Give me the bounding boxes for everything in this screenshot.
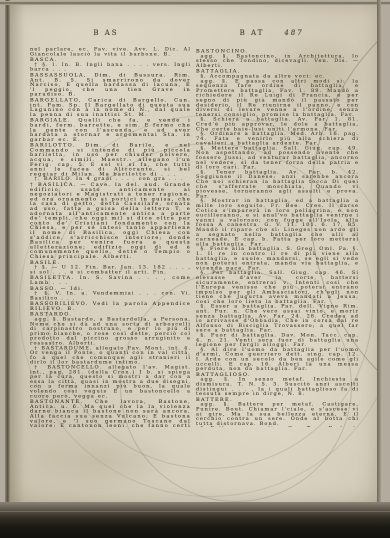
scan-seam-top	[0, 1, 390, 5]
text-paragraph: §. Ordinare a battaglia. Med. Arb. 16. p…	[196, 132, 359, 146]
paper-stain	[27, 430, 177, 492]
dictionary-entry: BARGELLATO, Carica di Bargello. Can. int…	[30, 98, 191, 117]
running-head: B AS B AT 487	[9, 29, 377, 41]
text-paragraph: agg. §. In senso metaf. Inchiesta a dism…	[196, 377, 359, 396]
dictionary-entry: BASSASSUOLA, Dim. di Bassura. Rim. Ant. …	[30, 73, 191, 97]
running-head-left: B AS	[71, 29, 141, 37]
text-paragraph: † BASTONCELLO. allegato l'av. Magist. in…	[30, 365, 191, 399]
text-paragraph: † §. I. In. B. Ingli bana . . . . vers. …	[30, 62, 191, 72]
text-paragraph: §. Tener battaglia. Av. Far. b. 42. Sogg…	[196, 170, 359, 199]
text-paragraph: agg. §. E passa con altri modi sì: la se…	[196, 79, 359, 117]
dictionary-entry: † BASILICA. — Cave. la del. aud. Grande …	[30, 183, 191, 260]
book-bottom-edge	[0, 502, 390, 538]
scan-seam-right	[377, 0, 381, 512]
text-paragraph: §. Mostrar in battaglia, ed a battaglia …	[196, 199, 359, 247]
text-column-left: nel parlare, ec. Fav. vive. Avv. L. Dic.…	[30, 47, 191, 427]
gutter-shadow	[9, 5, 25, 503]
text-paragraph: §. Fiere alla battaglia. S. Greg. Oml. F…	[196, 247, 359, 271]
text-column-left-content: nel parlare, ec. Fav. vive. Avv. L. Dic.…	[30, 47, 191, 427]
text-paragraph: §. Al dire l'uomo da battaglia per l'uom…	[196, 347, 359, 371]
dictionary-entry: BARILOTTO. Dim. di Barile, e nel Command…	[30, 143, 191, 177]
dictionary-entry: BASTONANTE. Che lavora, Bastone, Antica.…	[30, 400, 191, 427]
text-paragraph: §. Battere, per motivo. Cas. Tras. Past.…	[196, 426, 359, 427]
text-paragraph: †. BARILO. In 4 gradi . . . . con gra . …	[30, 177, 191, 182]
text-paragraph: §. Esser a battaglia. Par. dell. Vigne R…	[196, 304, 359, 333]
text-paragraph: agg. §. Bastoncino, in Architettura, lo …	[196, 54, 359, 68]
text-column-right: BASTONCINO.agg. §. Bastoncino, in Archit…	[196, 47, 359, 427]
text-paragraph: §. Mettere battaglia. Sall. Giug. cap. 4…	[196, 146, 359, 170]
text-paragraph: † §. V. In. a. Vendemmiai . . . con. Vi.…	[30, 291, 191, 301]
text-paragraph: §. Schiera a battaglia. Av. Far. 1. 81. …	[196, 117, 359, 131]
text-paragraph: agg. §. Bastardo, a Bastardella, a Perso…	[30, 317, 191, 346]
page-number: 487	[277, 29, 311, 37]
text-paragraph: §. Fuor di battaglia. Dav. Mon. Tacc. ca…	[196, 333, 359, 347]
text-paragraph: §. Per battaglia. Sall. Giug. cap. 46. S…	[196, 271, 359, 305]
scan-seam-left	[5, 0, 10, 512]
text-column-right-content: BASTONCINO.agg. §. Bastoncino, in Archit…	[196, 49, 359, 427]
dictionary-entry: BASSORILIEVO. Vedi la parola Appendice R…	[30, 302, 191, 312]
text-paragraph: † BASTARDUME. allegato Fav. Mont. int. 4…	[30, 346, 191, 365]
dictionary-entry: BASILETTA. In. S. Savina . . . , come La…	[30, 276, 191, 286]
text-paragraph: agg. §. Battere per metaf. Castigare, Pu…	[196, 402, 359, 426]
text-paragraph: nel parlare, ec. Fav. vive. Avv. L. Dic.…	[30, 47, 191, 57]
page-paper: B AS B AT 487 nel parlare, ec. Fav. vive…	[9, 5, 377, 503]
scanned-book-page: B AS B AT 487 nel parlare, ec. Fav. vive…	[0, 0, 390, 538]
dictionary-entry: BARGIALE. Quelli che fa, e vende i bardi…	[30, 118, 191, 142]
text-paragraph: † §. — U 12. Fin. Bar. Jan. 13. 182 . . …	[30, 265, 191, 275]
